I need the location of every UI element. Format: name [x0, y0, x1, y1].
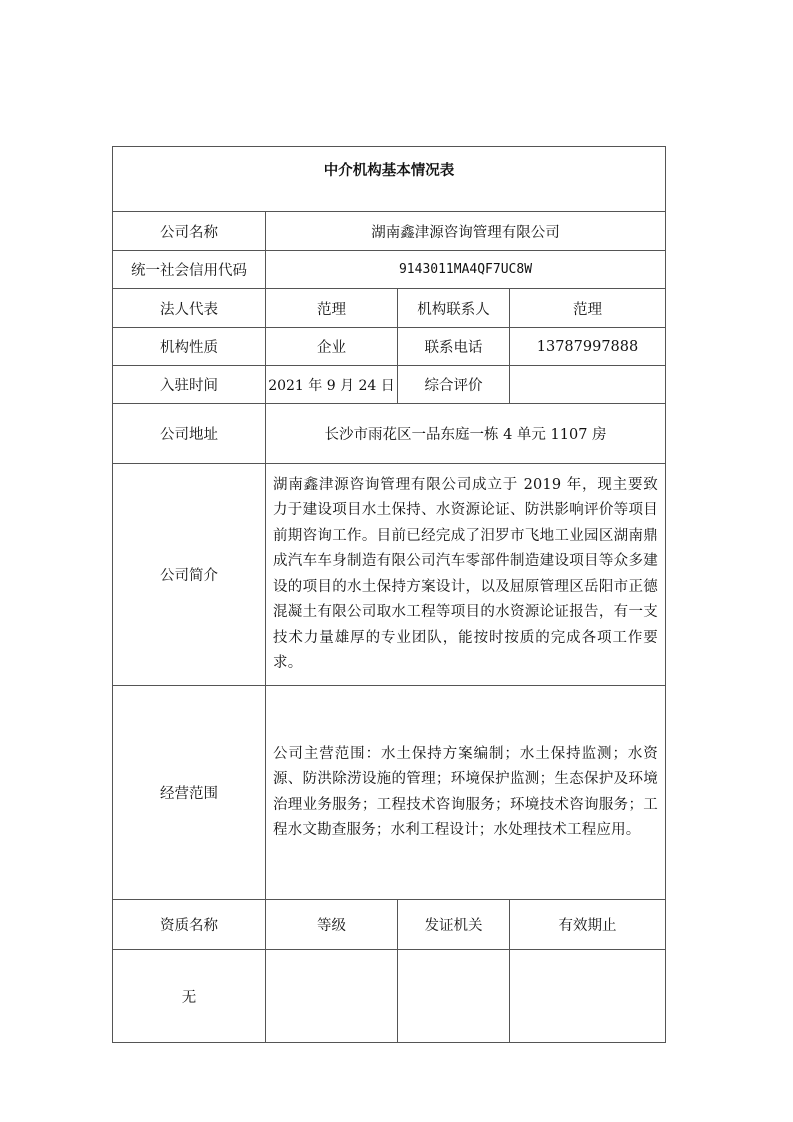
company-name-value: 湖南鑫津源咨询管理有限公司 — [266, 212, 666, 251]
table-title: 中介机构基本情况表 — [113, 147, 666, 212]
credit-code-value: 9143011MA4QF7UC8W — [266, 251, 666, 289]
rating-value — [510, 366, 666, 404]
contact-person-label: 机构联系人 — [398, 289, 510, 328]
phone-label: 联系电话 — [398, 328, 510, 366]
address-label: 公司地址 — [113, 404, 266, 464]
entry-date-value: 2021 年 9 月 24 日 — [266, 366, 398, 404]
scope-value: 公司主营范围：水土保持方案编制；水土保持监测；水资源、防洪除涝设施的管理；环境保… — [266, 686, 666, 900]
qual-expiry-value — [510, 950, 666, 1043]
profile-label: 公司简介 — [113, 464, 266, 686]
rating-label: 综合评价 — [398, 366, 510, 404]
phone-value: 13787997888 — [510, 328, 666, 366]
qual-issuer-value — [398, 950, 510, 1043]
company-name-label: 公司名称 — [113, 212, 266, 251]
org-type-value: 企业 — [266, 328, 398, 366]
qual-header-issuer: 发证机关 — [398, 900, 510, 950]
profile-value: 湖南鑫津源咨询管理有限公司成立于 2019 年，现主要致力于建设项目水土保持、水… — [266, 464, 666, 686]
address-value: 长沙市雨花区一品东庭一栋 4 单元 1107 房 — [266, 404, 666, 464]
qual-header-expiry: 有效期止 — [510, 900, 666, 950]
credit-code-label: 统一社会信用代码 — [113, 251, 266, 289]
scope-label: 经营范围 — [113, 686, 266, 900]
legal-rep-label: 法人代表 — [113, 289, 266, 328]
qual-header-level: 等级 — [266, 900, 398, 950]
table-row: 无 — [113, 950, 666, 1043]
qual-name-value: 无 — [113, 950, 266, 1043]
legal-rep-value: 范理 — [266, 289, 398, 328]
entry-date-label: 入驻时间 — [113, 366, 266, 404]
agency-info-table: 中介机构基本情况表 公司名称 湖南鑫津源咨询管理有限公司 统一社会信用代码 91… — [112, 146, 666, 1043]
qual-level-value — [266, 950, 398, 1043]
org-type-label: 机构性质 — [113, 328, 266, 366]
qual-header-name: 资质名称 — [113, 900, 266, 950]
contact-person-value: 范理 — [510, 289, 666, 328]
